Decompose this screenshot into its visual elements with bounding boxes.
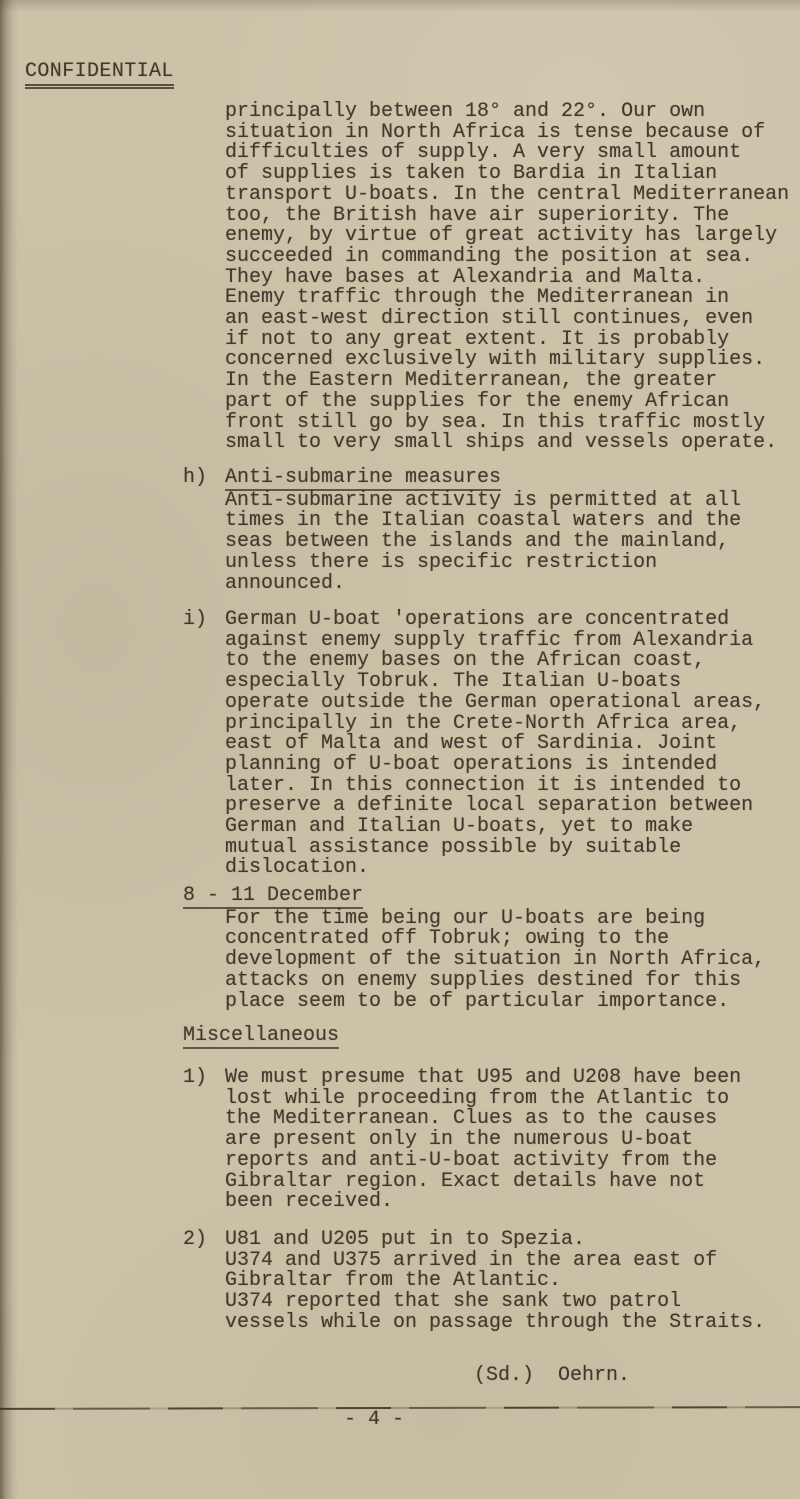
misc-item-2-text: U81 and U205 put in to Spezia. U374 and … [225,1230,765,1334]
section-i-marker: i) [183,610,225,631]
page-top-edge-shadow [0,0,800,12]
signature: (Sd.) Oehrn. [474,1366,630,1387]
miscellaneous-title: Miscellaneous [183,1026,339,1049]
section-h-marker: h) [183,468,225,489]
scanned-document-page: CONFIDENTIAL principally between 18° and… [0,0,800,1499]
page-number: - 4 - [344,1410,404,1431]
section-december-text: For the time being our U-boats are being… [225,909,765,1013]
section-h-title: Anti-submarine measures [225,468,501,491]
misc-item-1-text: We must presume that U95 and U208 have b… [225,1068,741,1213]
section-i-text: German U-boat 'operations are concentrat… [225,610,765,879]
misc-item-2: 2) U81 and U205 put in to Spezia. U374 a… [183,1230,765,1334]
section-december-title: 8 - 11 December [183,886,363,909]
misc-item-1: 1) We must presume that U95 and U208 hav… [183,1068,741,1213]
section-h-text: Anti-submarine activity is permitted at … [225,491,741,595]
intro-paragraph: principally between 18° and 22°. Our own… [225,102,789,454]
miscellaneous-heading: Miscellaneous [183,1026,339,1049]
page-left-edge-shadow [0,0,18,1499]
section-december: 8 - 11 December For the time being our U… [183,886,765,1012]
section-h-content: Anti-submarine measures Anti-submarine a… [225,468,741,594]
misc-item-2-marker: 2) [183,1230,225,1251]
misc-item-1-marker: 1) [183,1068,225,1089]
section-i: i) German U-boat 'operations are concent… [183,610,765,879]
section-h: h) Anti-submarine measures Anti-submarin… [183,468,741,594]
classification-stamp: CONFIDENTIAL [25,62,174,89]
